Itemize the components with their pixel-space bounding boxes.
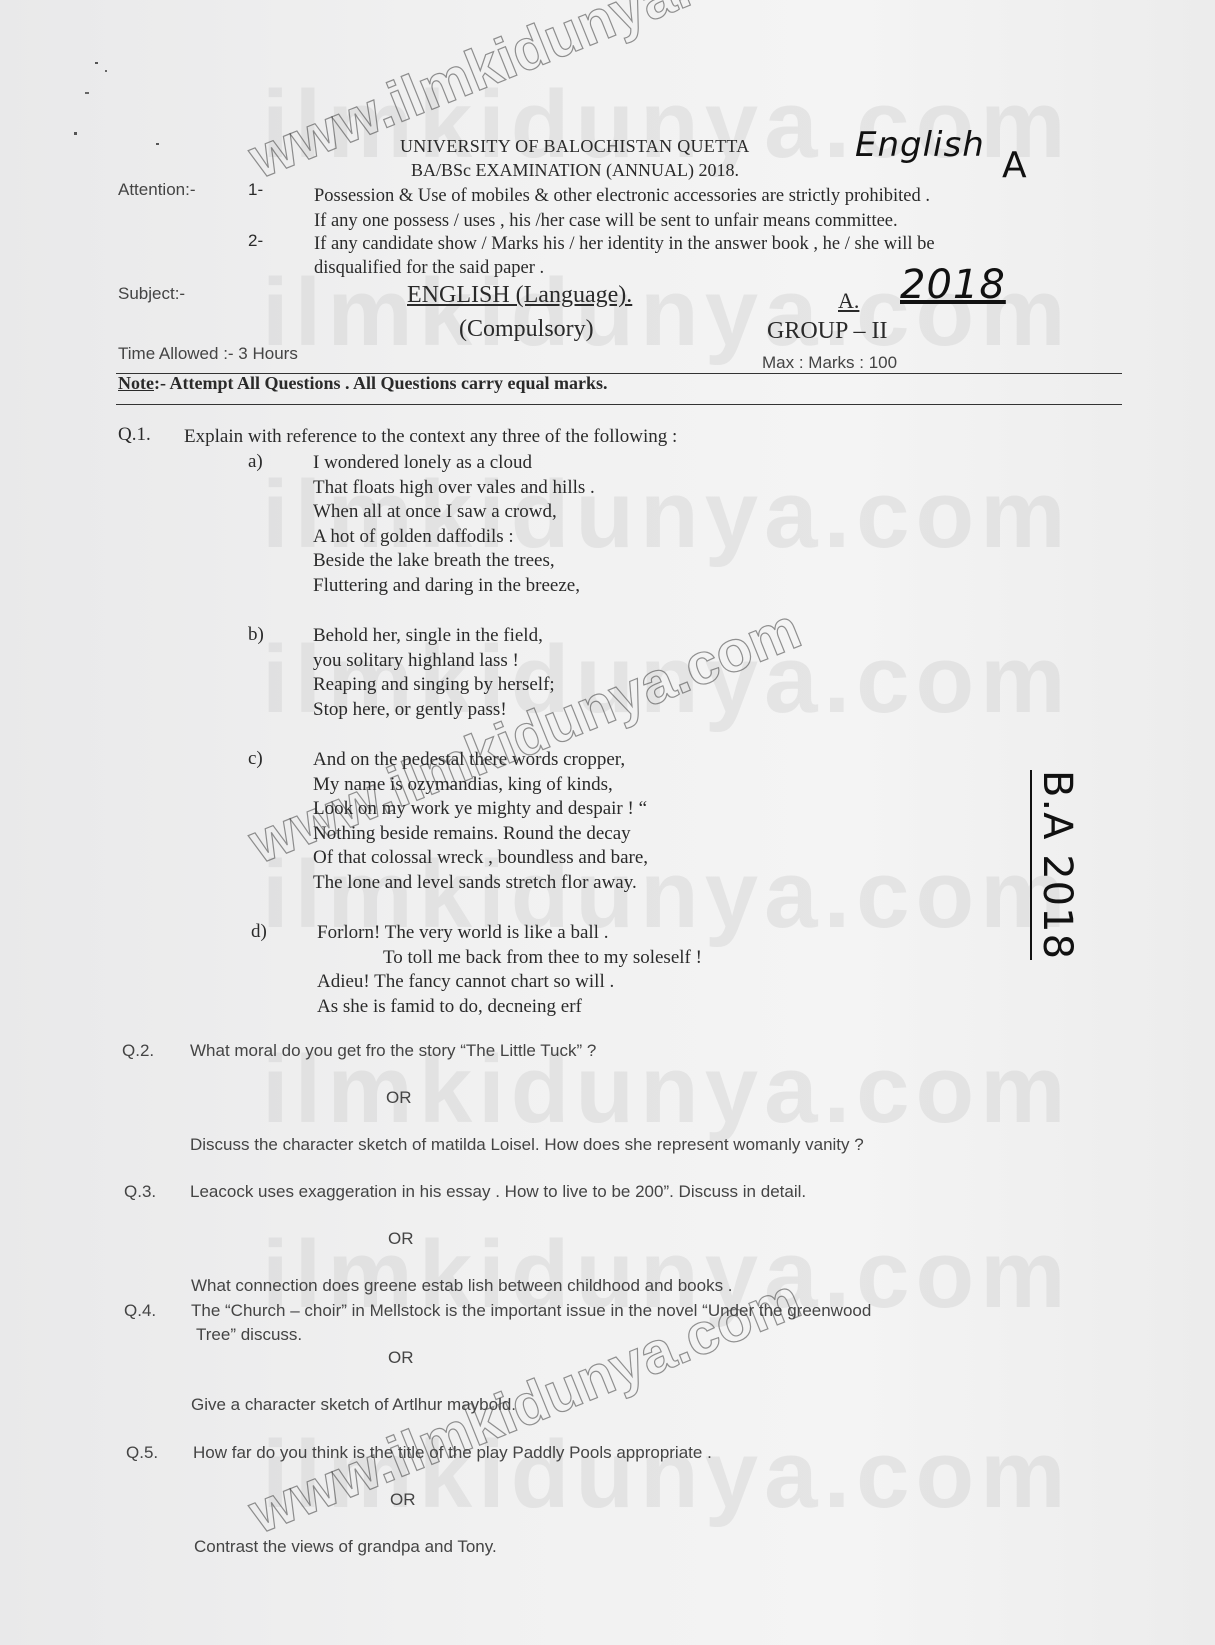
question-alt: Contrast the views of grandpa and Tony. — [194, 1537, 497, 1557]
part-label: c) — [248, 748, 263, 770]
scan-speck — [156, 143, 159, 145]
watermark: ilmkidunya.com — [262, 1420, 1072, 1530]
exam-paper: ilmkidunya.com ilmkidunya.com ilmkidunya… — [0, 0, 1215, 1645]
poem-line: The lone and level sands stretch flor aw… — [313, 871, 648, 896]
poem-line: I wondered lonely as a cloud — [313, 451, 595, 476]
exam-title: BA/BSc EXAMINATION (ANNUAL) 2018. — [411, 160, 739, 181]
scan-speck — [85, 92, 89, 94]
poem-a: I wondered lonely as a cloud That floats… — [313, 451, 595, 599]
question-number: Q.3. — [124, 1182, 156, 1202]
poem-line: To toll me back from thee to my soleself… — [317, 946, 702, 971]
poem-d: Forlorn! The very world is like a ball .… — [317, 921, 702, 1019]
or-label: OR — [388, 1229, 414, 1249]
poem-line: Behold her, single in the field, — [313, 624, 555, 649]
attention-text: disqualified for the said paper . — [314, 258, 544, 279]
question-text: The “Church – choir” in Mellstock is the… — [191, 1301, 871, 1321]
note: Note:- Attempt All Questions . All Quest… — [118, 373, 607, 394]
question-number: Q.4. — [124, 1301, 156, 1321]
scan-speck — [74, 132, 77, 135]
handwritten-subject: English — [855, 125, 985, 165]
question-text: How far do you think is the title of the… — [193, 1443, 712, 1463]
poem-line: My name is ozymandias, king of kinds, — [313, 773, 648, 798]
attention-num: 2- — [248, 231, 263, 251]
note-label: Note — [118, 373, 154, 393]
attention-text: If any one possess / uses , his /her cas… — [314, 211, 898, 232]
question-text: What moral do you get fro the story “The… — [190, 1041, 596, 1061]
poem-line: That floats high over vales and hills . — [313, 476, 595, 501]
poem-line: Nothing beside remains. Round the decay — [313, 822, 648, 847]
or-label: OR — [390, 1490, 416, 1510]
subject-label: Subject:- — [118, 284, 185, 304]
poem-line: Look on my work ye mighty and despair ! … — [313, 797, 648, 822]
poem-line: Adieu! The fancy cannot chart so will . — [317, 970, 702, 995]
or-label: OR — [388, 1348, 414, 1368]
paper-label: A. — [838, 288, 859, 314]
poem-line: Reaping and singing by herself; — [313, 673, 555, 698]
scan-speck — [95, 62, 98, 64]
attention-text: If any candidate show / Marks his / her … — [314, 234, 935, 255]
divider — [116, 404, 1122, 405]
part-label: b) — [248, 624, 264, 646]
poem-line: you solitary highland lass ! — [313, 649, 555, 674]
max-marks: Max : Marks : 100 — [762, 353, 897, 373]
poem-line: And on the pedestal there words cropper, — [313, 748, 648, 773]
attention-text: Possession & Use of mobiles & other elec… — [314, 186, 930, 207]
poem-b: Behold her, single in the field, you sol… — [313, 624, 555, 722]
subject-name: ENGLISH (Language). — [407, 282, 632, 309]
question-text: Leacock uses exaggeration in his essay .… — [190, 1182, 806, 1202]
attention-num: 1- — [248, 180, 263, 200]
question-number: Q.5. — [126, 1443, 158, 1463]
scan-speck — [105, 70, 107, 72]
note-text: :- Attempt All Questions . All Questions… — [154, 373, 608, 393]
poem-line: A hot of golden daffodils : — [313, 525, 595, 550]
attention-label: Attention:- — [118, 180, 196, 200]
poem-line: Beside the lake breath the trees, — [313, 549, 595, 574]
question-text: Explain with reference to the context an… — [184, 426, 677, 448]
poem-line: Of that colossal wreck , boundless and b… — [313, 846, 648, 871]
poem-line: Stop here, or gently pass! — [313, 698, 555, 723]
time-allowed: Time Allowed :- 3 Hours — [118, 344, 298, 364]
question-text: Tree” discuss. — [196, 1325, 302, 1345]
handwritten-paper: A — [1002, 145, 1028, 186]
poem-line: When all at once I saw a crowd, — [313, 500, 595, 525]
question-number: Q.1. — [118, 424, 151, 446]
handwritten-year: 2018 — [900, 262, 1006, 308]
poem-c: And on the pedestal there words cropper,… — [313, 748, 648, 896]
question-alt: Give a character sketch of Artlhur maybo… — [191, 1395, 516, 1415]
university-name: UNIVERSITY OF BALOCHISTAN QUETTA — [400, 136, 750, 157]
poem-line: Fluttering and daring in the breeze, — [313, 574, 595, 599]
part-label: d) — [251, 921, 267, 943]
group-label: GROUP – II — [767, 318, 887, 345]
part-label: a) — [248, 451, 263, 473]
question-alt: Discuss the character sketch of matilda … — [190, 1135, 864, 1155]
subject-type: (Compulsory) — [459, 316, 594, 343]
or-label: OR — [386, 1088, 412, 1108]
question-alt: What connection does greene estab lish b… — [191, 1276, 733, 1296]
question-number: Q.2. — [122, 1041, 154, 1061]
poem-line: As she is famid to do, decneing erf — [317, 995, 702, 1020]
handwritten-side-note: B.A 2018 — [1030, 770, 1080, 960]
poem-line: Forlorn! The very world is like a ball . — [317, 921, 702, 946]
